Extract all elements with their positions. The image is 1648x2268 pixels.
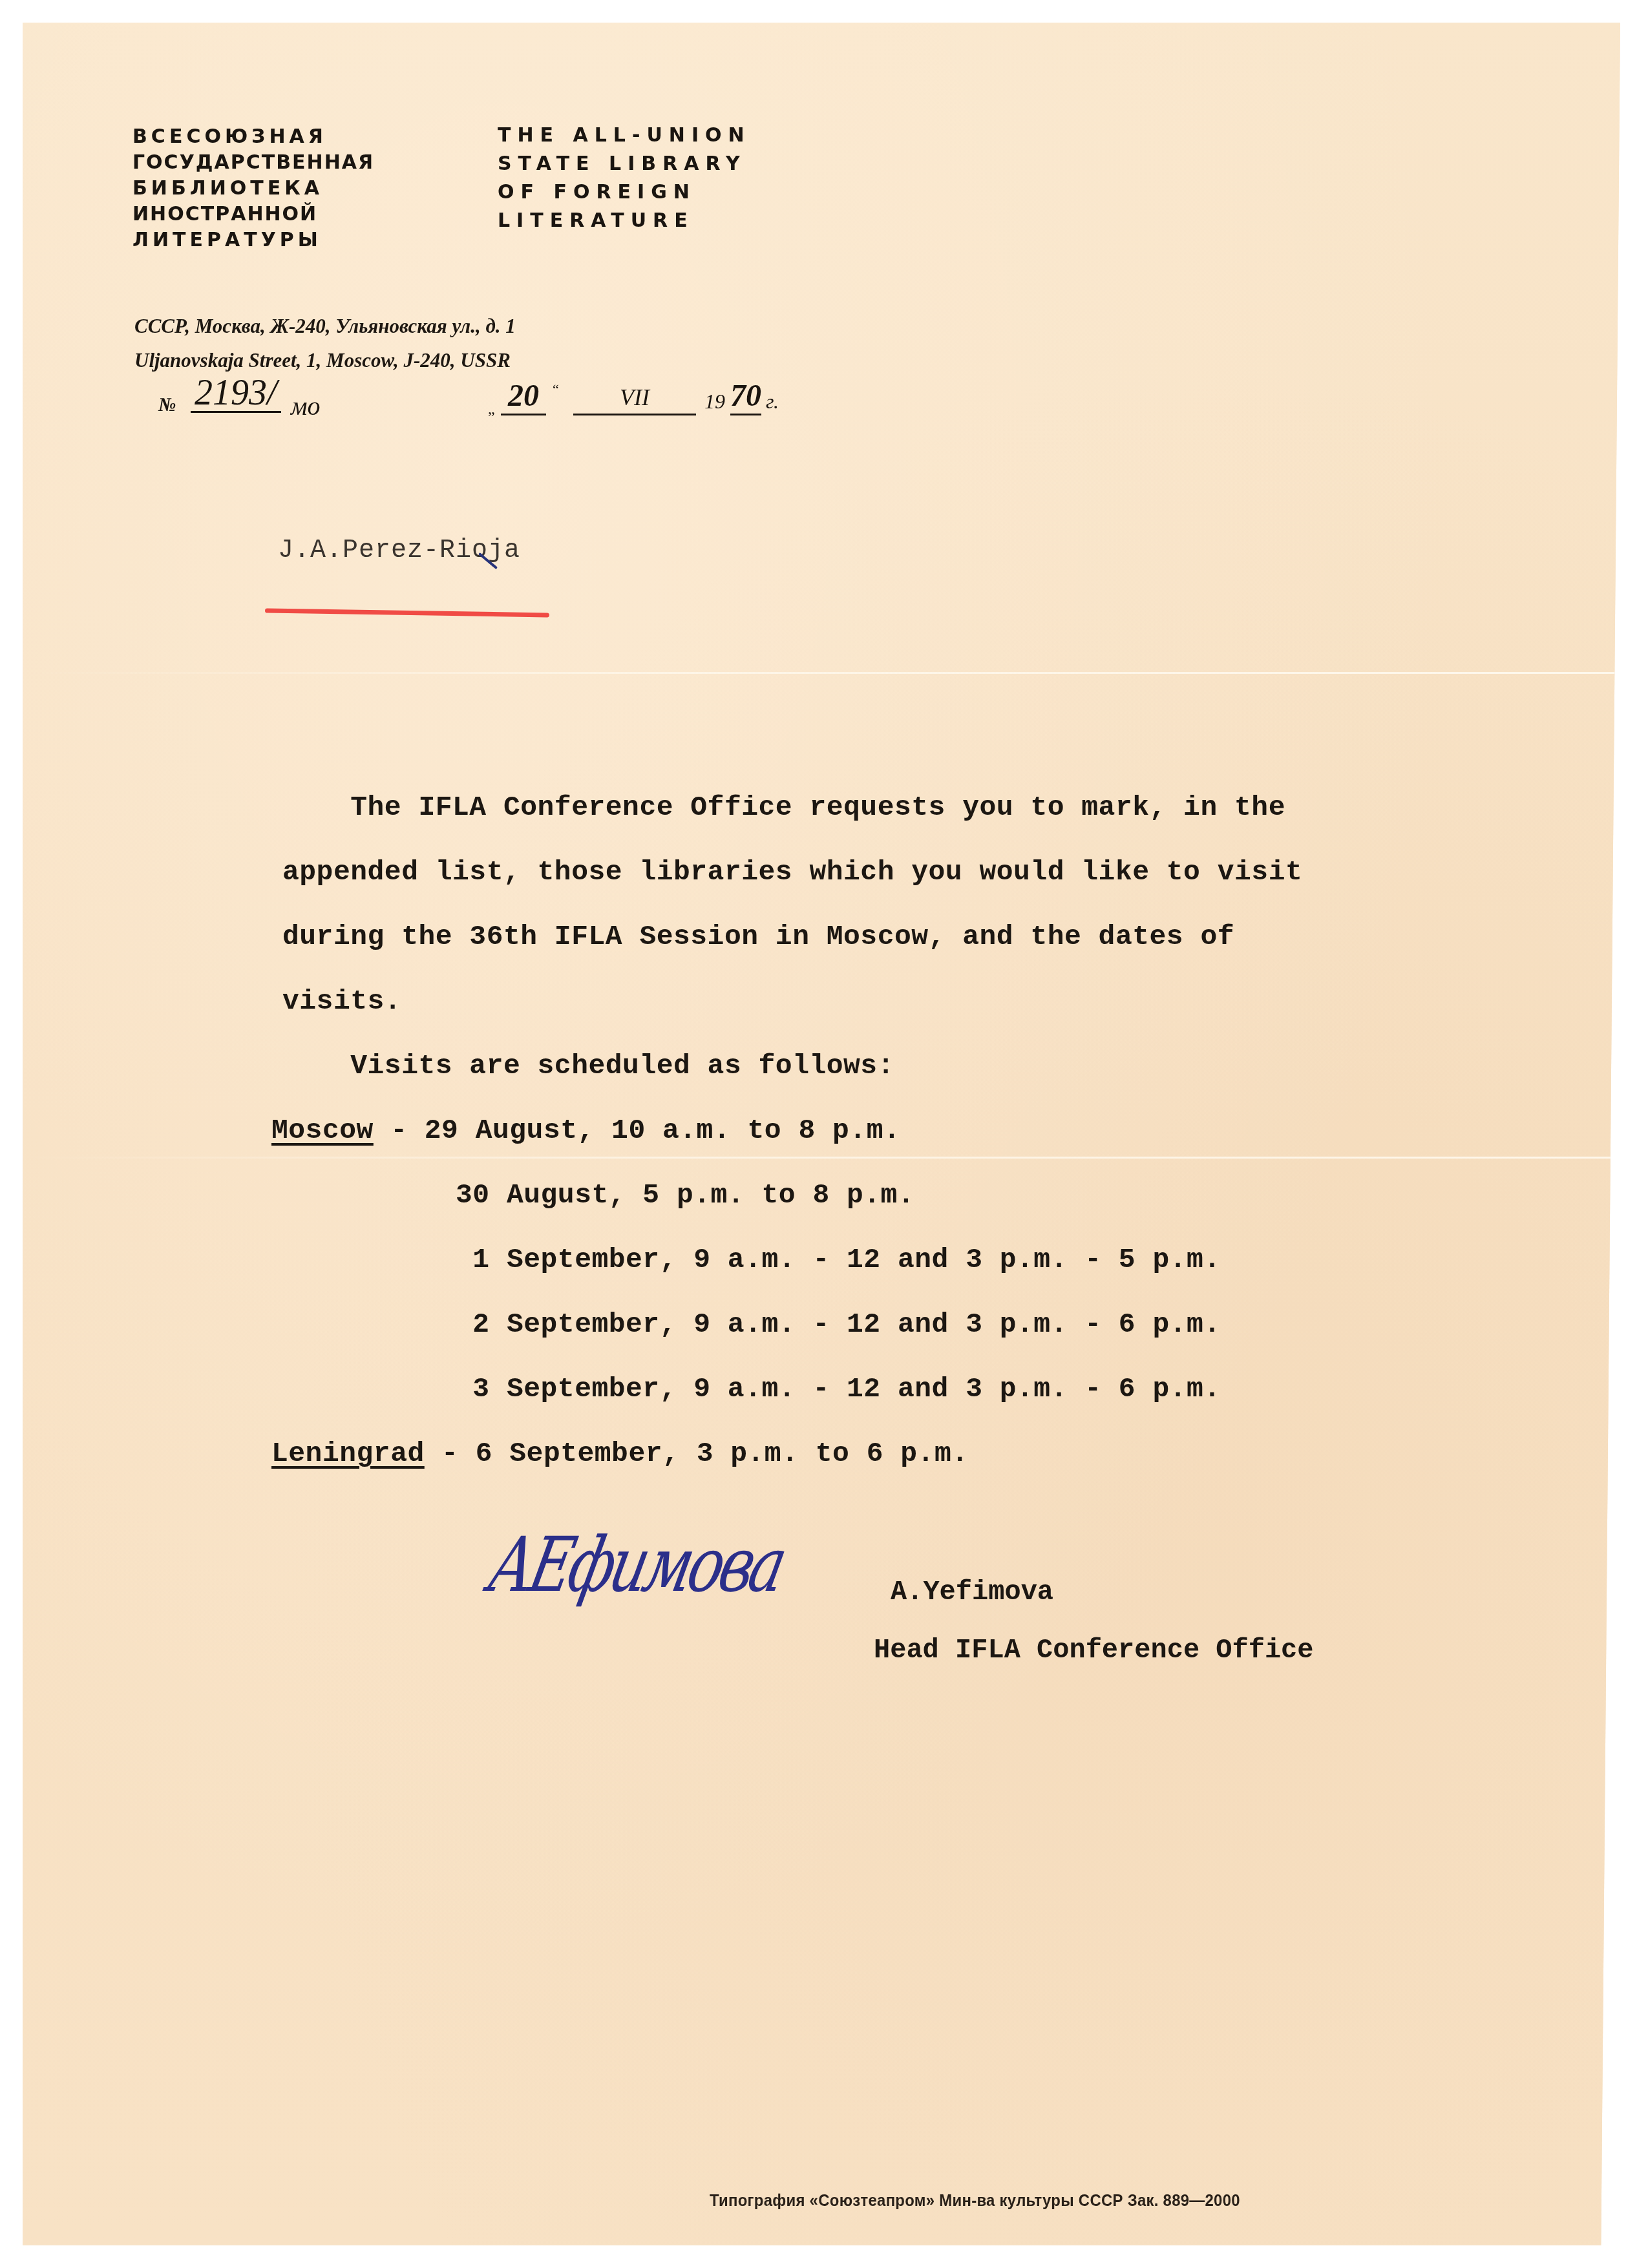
printer-imprint: Типография «Союзтеапром» Мин-ва культуры… [710,2190,1240,2210]
body-paragraph: The IFLA Conference Office requests you … [282,792,317,982]
letterhead-en-line: OF FOREIGN [498,178,751,207]
schedule-time: 29 August, 10 a.m. to 8 p.m. [425,1115,901,1146]
body-line: The IFLA Conference Office requests you … [282,792,1285,823]
date-year-suffix: г. [766,390,779,414]
fold-crease [23,672,1620,674]
schedule-row: 3 September, 9 a.m. - 12 and 3 p.m. - 6 … [456,1373,1221,1405]
schedule-row: 2 September, 9 a.m. - 12 and 3 p.m. - 6 … [456,1308,1221,1340]
schedule-time: 6 September, 3 p.m. to 6 p.m. [476,1438,969,1469]
separator: - [374,1115,425,1146]
letterhead-ru-line: ЛИТЕРАТУРЫ [132,227,374,253]
letterhead-ru-line: БИБЛИОТЕКА [132,176,374,202]
body-line: during the 36th IFLA Session in Moscow, … [282,921,1234,952]
recipient-name: J.A.Perez-Rioja [278,536,520,565]
schedule-row: 1 September, 9 a.m. - 12 and 3 p.m. - 5 … [456,1244,1221,1276]
body-line: appended list, those libraries which you… [282,856,1302,888]
letterhead-en-line: STATE LIBRARY [498,150,751,178]
schedule-row: 30 August, 5 p.m. to 8 p.m. [456,1179,914,1211]
date-year: 70 [730,378,761,415]
city-moscow: Moscow [271,1115,374,1146]
schedule-row-moscow: Moscow - 29 August, 10 a.m. to 8 p.m. [271,1115,900,1146]
reference-number: 2193/ [191,375,281,413]
body-line: visits. [282,985,401,1017]
address-russian: СССР, Москва, Ж-240, Ульяновская ул., д.… [134,315,516,338]
letterhead-en-line: LITERATURE [498,207,751,235]
separator: - [425,1438,476,1469]
date-day: 20 [501,378,546,415]
date-close-quote: “ [553,381,559,398]
address-english: Uljanovskaja Street, 1, Moscow, J-240, U… [134,349,511,372]
signatory-title: Head IFLA Conference Office [874,1635,1314,1666]
number-sign: № [158,394,176,416]
date-month: VII [573,381,696,415]
letterhead-english: THE ALL-UNION STATE LIBRARY OF FOREIGN L… [498,121,751,235]
reference-suffix: мо [291,391,321,421]
city-leningrad: Leningrad [271,1438,425,1469]
visit-schedule: Moscow - 29 August, 10 a.m. to 8 p.m. 30… [271,1115,306,1336]
schedule-row-leningrad: Leningrad - 6 September, 3 p.m. to 6 p.m… [271,1438,969,1469]
letterhead-russian: ВСЕСОЮЗНАЯ ГОСУДАРСТВЕННАЯ БИБЛИОТЕКА ИН… [132,124,374,253]
date-century: 19 [704,390,725,414]
letterhead-ru-line: ВСЕСОЮЗНАЯ [132,124,374,150]
date-open-quote: „ [488,401,495,418]
handwritten-signature: АЕфимова [481,1521,790,1610]
letterhead-ru-line: ИНОСТРАННОЙ [132,202,374,227]
reference-line: № 2193/ мо „ 20 “ VII 19 70 г. [152,378,798,430]
signatory-name: A.Yefimova [891,1577,1053,1608]
fold-crease [23,1157,1620,1159]
letterhead-ru-line: ГОСУДАРСТВЕННАЯ [132,150,374,176]
schedule-intro: Visits are scheduled as follows: [282,1050,894,1082]
letterhead-en-line: THE ALL-UNION [498,121,751,150]
